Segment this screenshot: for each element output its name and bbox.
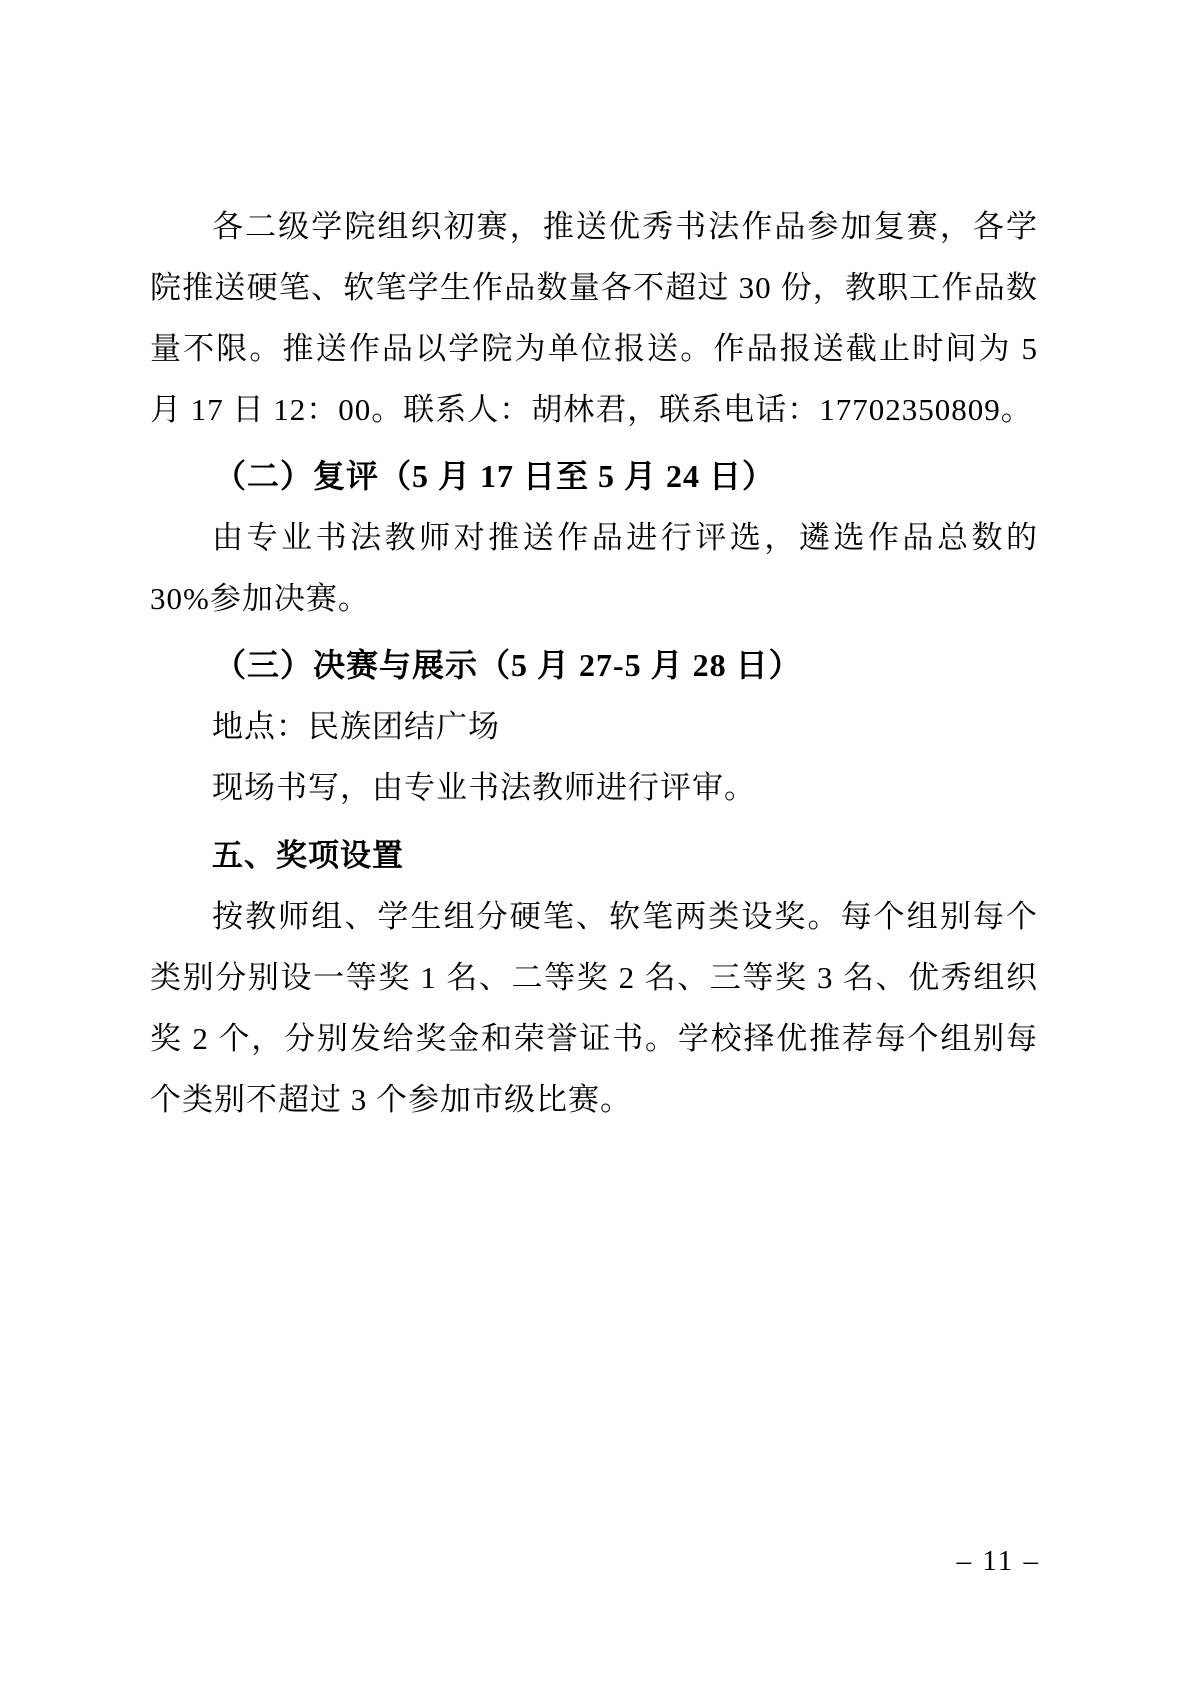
document-body: 各二级学院组织初赛，推送优秀书法作品参加复赛，各学院推送硬笔、软笔学生作品数量各… [150,196,1038,1130]
heading-awards-setup: 五、奖项设置 [150,825,1038,886]
page-number: – 11 – [957,1545,1040,1578]
paragraph-final-location: 地点：民族团结广场 [150,696,1038,757]
paragraph-second-review-detail: 由专业书法教师对推送作品进行评选，遴选作品总数的 30%参加决赛。 [150,507,1038,629]
heading-second-review: （二）复评（5 月 17 日至 5 月 24 日） [150,446,1038,507]
document-page: 各二级学院组织初赛，推送优秀书法作品参加复赛，各学院推送硬笔、软笔学生作品数量各… [0,0,1191,1684]
paragraph-preliminary-round: 各二级学院组织初赛，推送优秀书法作品参加复赛，各学院推送硬笔、软笔学生作品数量各… [150,196,1038,440]
heading-final-and-exhibition: （三）决赛与展示（5 月 27-5 月 28 日） [150,635,1038,696]
paragraph-awards-detail: 按教师组、学生组分硬笔、软笔两类设奖。每个组别每个类别分别设一等奖 1 名、二等… [150,886,1038,1130]
paragraph-onsite-writing: 现场书写，由专业书法教师进行评审。 [150,757,1038,818]
